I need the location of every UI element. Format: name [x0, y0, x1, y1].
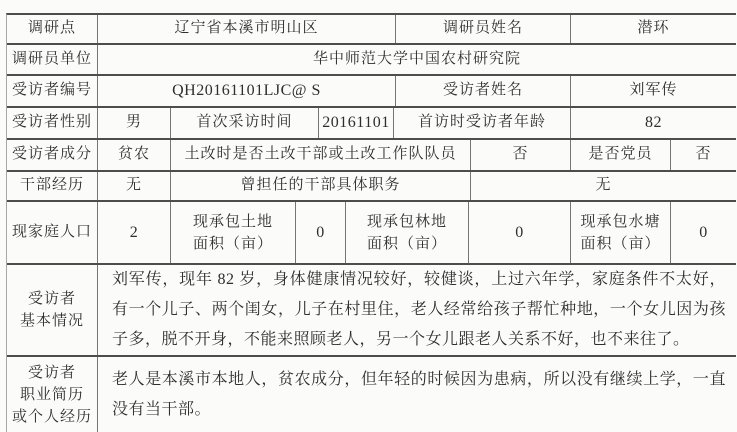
basic-info-cell: 刘军传，现年 82 岁，身体健康情况较好，较健谈，上过六年学，家庭条件不太好，有… [98, 265, 736, 355]
basic-info-label-line2: 基本情况 [20, 310, 84, 332]
cadre-position-label: 曾担任的干部具体职务 [171, 172, 471, 200]
respondent-id-label: 受访者编号 [7, 76, 98, 106]
survey-site-label: 调研点 [7, 15, 98, 43]
basic-info-label: 受访者 基本情况 [7, 265, 98, 355]
table-row: 受访者 基本情况 刘军传，现年 82 岁，身体健康情况较好，较健谈，上过六年学，… [7, 265, 736, 357]
cadre-experience-value: 无 [98, 172, 171, 200]
farmland-area-value: 0 [296, 202, 346, 263]
table-row: 调研点 辽宁省本溪市明山区 调研员姓名 潜环 [7, 15, 736, 45]
career-history-cell: 老人是本溪市本地人，贫农成分，但年轻的时候因为患病，所以没有继续上学，一直没有当… [98, 357, 736, 432]
forestland-area-value: 0 [469, 202, 571, 263]
cadre-position-value: 无 [471, 172, 736, 200]
household-size-label: 现家庭人口 [7, 202, 98, 263]
first-interview-date-label: 首次采访时间 [171, 108, 319, 138]
forestland-area-label-line2: 面积（亩） [367, 233, 447, 255]
first-interview-date-value: 20161101 [319, 108, 394, 138]
class-status-value: 贫农 [98, 140, 171, 170]
table-row: 受访者编号 QH20161101LJC@ S 受访者姓名 刘军传 [7, 76, 736, 108]
table-row: 受访者 职业简历 或个人经历 老人是本溪市本地人，贫农成分，但年轻的时候因为患病… [7, 357, 736, 432]
career-history-label-line2: 职业简历 [12, 384, 92, 406]
farmland-area-label-line2: 面积（亩） [193, 233, 273, 255]
table-row: 受访者成分 贫农 土改时是否土改干部或土改工作队队员 否 是否党员 否 [7, 140, 736, 172]
table-row: 受访者性别 男 首次采访时间 20161101 首访时受访者年龄 82 [7, 108, 736, 140]
career-history-text: 老人是本溪市本地人，贫农成分，但年轻的时候因为患病，所以没有继续上学，一直没有当… [98, 363, 736, 427]
gender-value: 男 [98, 108, 171, 138]
forestland-area-label-line1: 现承包林地 [367, 211, 447, 233]
investigator-unit-value: 华中师范大学中国农村研究院 [98, 45, 736, 74]
table-row: 调研员单位 华中师范大学中国农村研究院 [7, 45, 736, 76]
pond-area-label-line1: 现承包水塘 [580, 211, 660, 233]
land-reform-cadre-label: 土改时是否土改干部或土改工作队队员 [171, 140, 471, 170]
basic-info-text: 刘军传，现年 82 岁，身体健康情况较好，较健谈，上过六年学，家庭条件不太好，有… [98, 263, 736, 357]
party-member-value: 否 [671, 140, 736, 170]
career-history-label-line1: 受访者 [12, 362, 92, 384]
career-history-label: 受访者 职业简历 或个人经历 [7, 357, 98, 432]
land-reform-cadre-value: 否 [471, 140, 571, 170]
table-row: 干部经历 无 曾担任的干部具体职务 无 [7, 172, 736, 202]
household-size-value: 2 [98, 202, 171, 263]
farmland-area-label: 现承包土地 面积（亩） [171, 202, 296, 263]
respondent-name-label: 受访者姓名 [396, 76, 571, 106]
scanned-survey-form-page: 调研点 辽宁省本溪市明山区 调研员姓名 潜环 调研员单位 华中师范大学中国农村研… [0, 0, 737, 432]
age-at-first-visit-label: 首访时受访者年龄 [394, 108, 571, 138]
cadre-experience-label: 干部经历 [7, 172, 98, 200]
career-history-label-line3: 或个人经历 [12, 406, 92, 428]
age-at-first-visit-value: 82 [571, 108, 736, 138]
survey-site-value: 辽宁省本溪市明山区 [98, 15, 396, 43]
farmland-area-label-line1: 现承包土地 [193, 211, 273, 233]
respondent-name-value: 刘军传 [571, 76, 736, 106]
investigator-name-label: 调研员姓名 [396, 15, 571, 43]
respondent-id-value: QH20161101LJC@ S [98, 76, 396, 106]
class-status-label: 受访者成分 [7, 140, 98, 170]
survey-info-table: 调研点 辽宁省本溪市明山区 调研员姓名 潜环 调研员单位 华中师范大学中国农村研… [6, 13, 736, 432]
gender-label: 受访者性别 [7, 108, 98, 138]
party-member-label: 是否党员 [571, 140, 671, 170]
investigator-name-value: 潜环 [571, 15, 736, 43]
basic-info-label-line1: 受访者 [20, 288, 84, 310]
investigator-unit-label: 调研员单位 [7, 45, 98, 74]
pond-area-value: 0 [671, 202, 736, 263]
forestland-area-label: 现承包林地 面积（亩） [346, 202, 469, 263]
pond-area-label: 现承包水塘 面积（亩） [571, 202, 671, 263]
table-row: 现家庭人口 2 现承包土地 面积（亩） 0 现承包林地 面积（亩） 0 现承包水… [7, 202, 736, 265]
pond-area-label-line2: 面积（亩） [580, 233, 660, 255]
